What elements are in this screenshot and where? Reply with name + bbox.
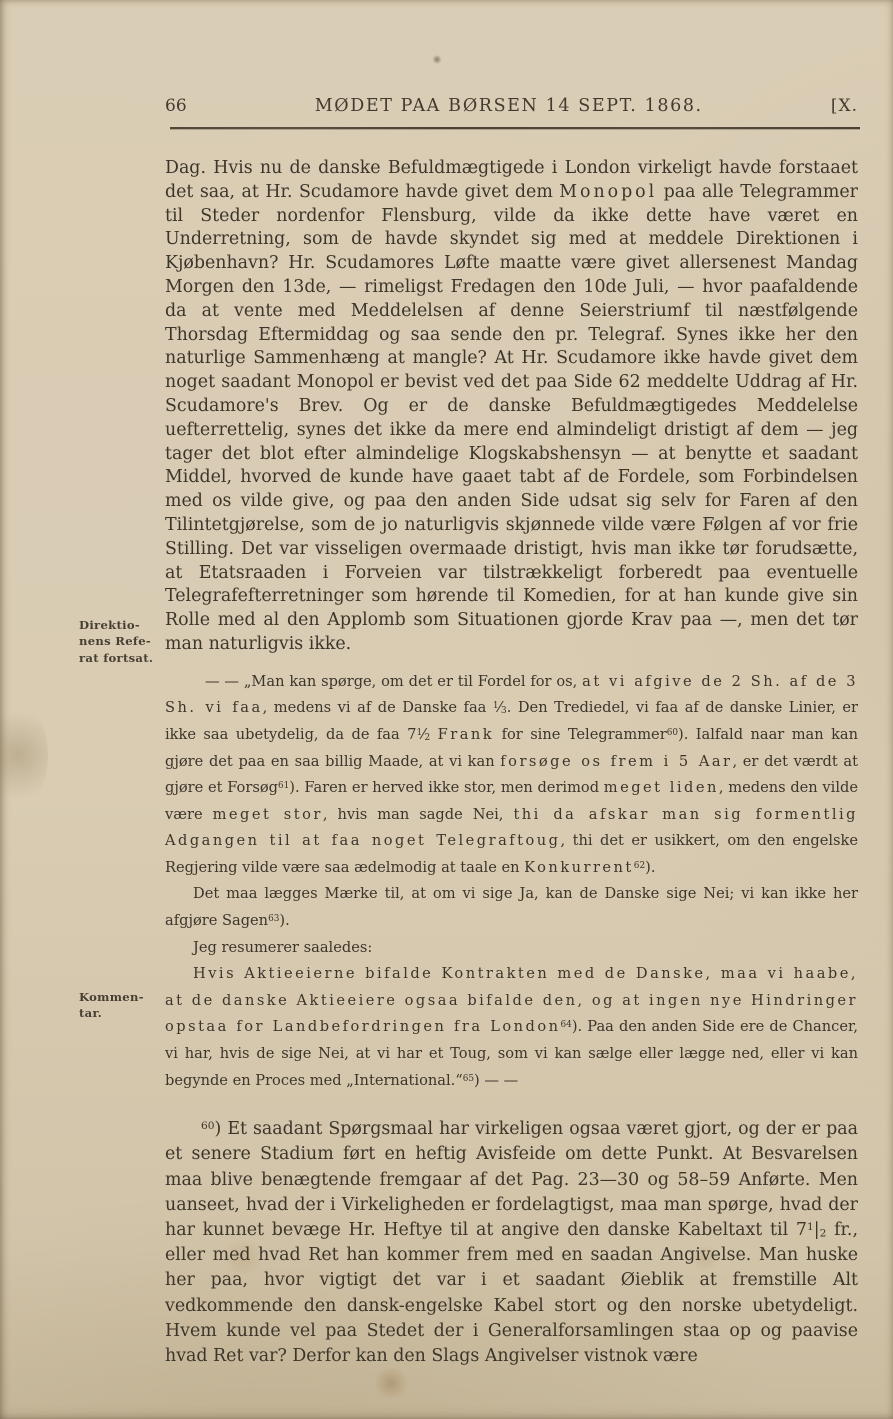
paper-speck bbox=[432, 55, 442, 64]
referat-paragraph: Det maa lægges Mærke til, at om vi sige … bbox=[165, 881, 858, 934]
book-page: 66 MØDET PAA BØRSEN 14 SEPT. 1868. [X. D… bbox=[0, 0, 893, 1419]
margin-note-kommentar: Kommen- tar. bbox=[79, 989, 163, 1022]
margin-note-line: Kommen- bbox=[79, 989, 163, 1005]
header-rule bbox=[170, 127, 860, 129]
kommentar-paragraph: 60) Et saadant Spørgsmaal har virkeligen… bbox=[165, 1117, 858, 1369]
page-number: 66 bbox=[165, 96, 187, 116]
referat-paragraph: Jeg resumerer saaledes: bbox=[165, 935, 858, 962]
referat-small-print-block: — — „Man kan spørge, om det er til Forde… bbox=[165, 669, 858, 1095]
margin-note-line: nens Refe- bbox=[79, 633, 163, 649]
referat-paragraph: — — „Man kan spørge, om det er til Forde… bbox=[165, 669, 858, 882]
margin-note-line: rat fortsat. bbox=[79, 650, 163, 666]
referat-paragraph: Hvis Aktieeierne bifalde Kontrakten med … bbox=[165, 961, 858, 1094]
paper-stain bbox=[372, 1368, 410, 1398]
running-head: 66 MØDET PAA BØRSEN 14 SEPT. 1868. [X. bbox=[165, 96, 858, 116]
text-column: Dag. Hvis nu de danske Befuldmægtigede i… bbox=[165, 157, 858, 1369]
margin-note-line: Direktio- bbox=[79, 617, 163, 633]
main-paragraph: Dag. Hvis nu de danske Befuldmægtigede i… bbox=[165, 157, 858, 657]
page-title: MØDET PAA BØRSEN 14 SEPT. 1868. bbox=[187, 96, 831, 116]
margin-note-line: tar. bbox=[79, 1005, 163, 1021]
margin-note-referat: Direktio- nens Refe- rat fortsat. bbox=[79, 617, 163, 666]
volume-mark: [X. bbox=[831, 96, 858, 116]
paper-stain bbox=[0, 700, 48, 810]
